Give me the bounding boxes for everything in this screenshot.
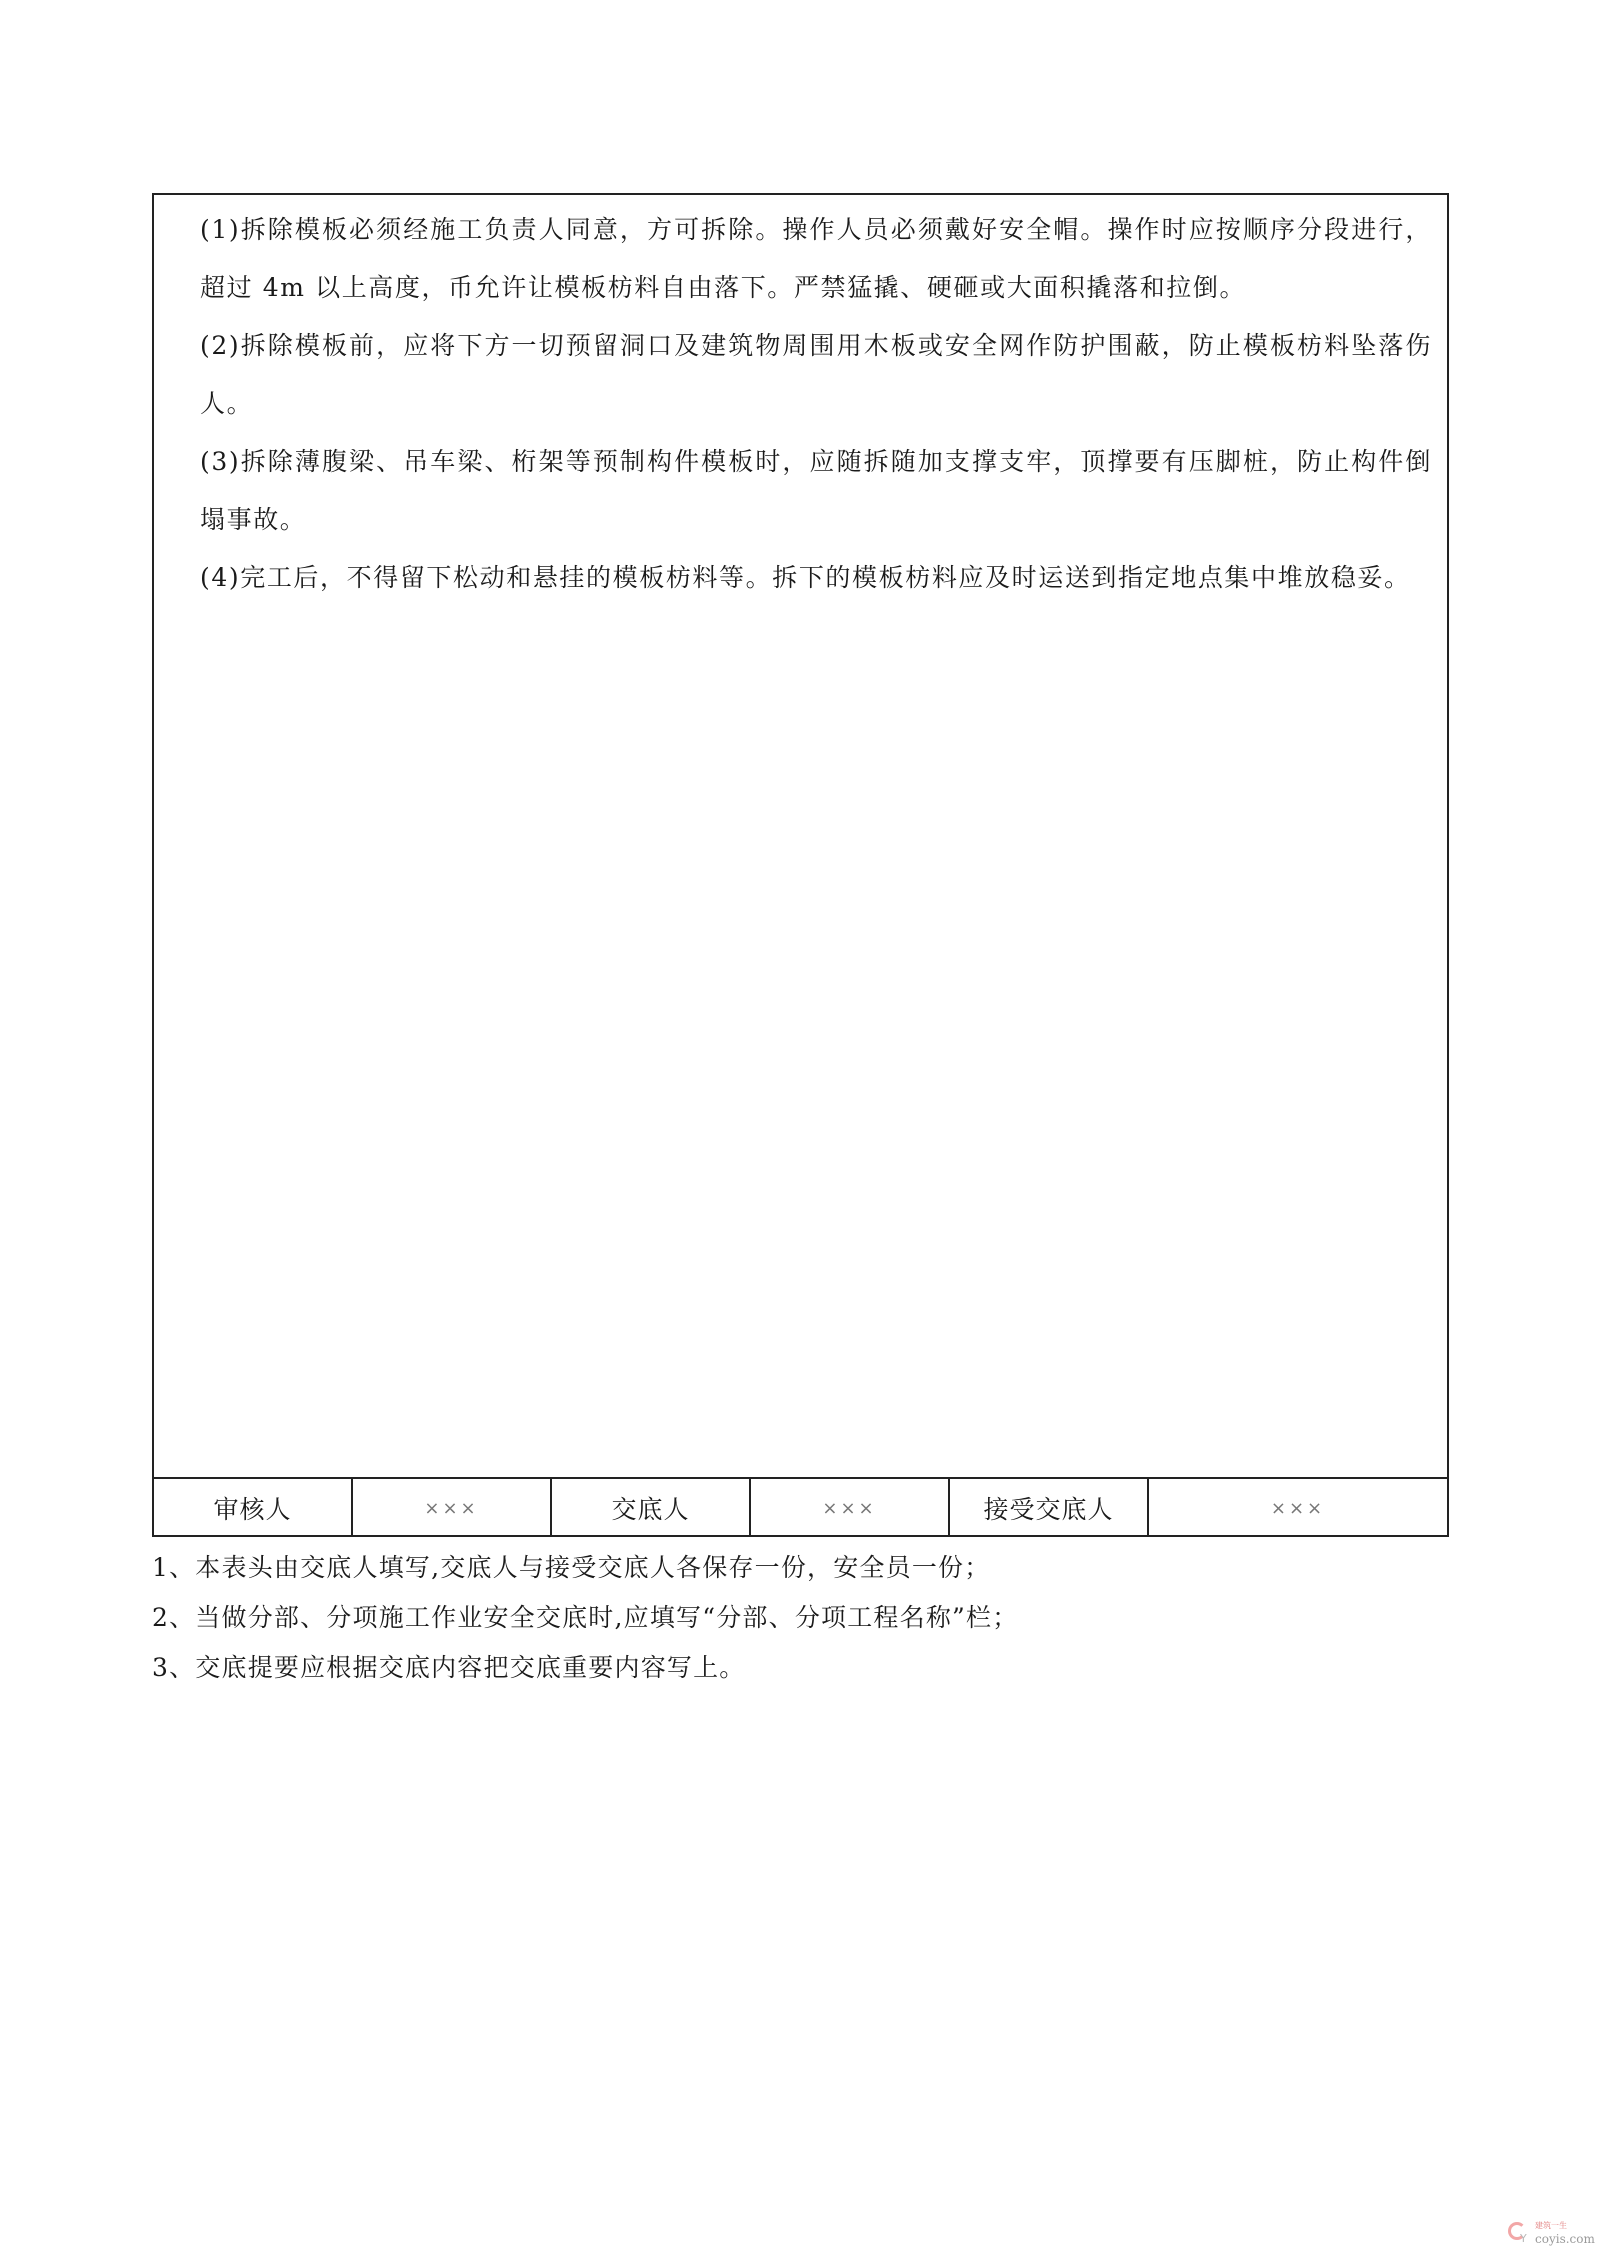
briefer-label: 交底人 [552,1479,751,1537]
reviewer-value: ××× [353,1479,552,1537]
briefing-paragraph-3: (3)拆除薄腹梁、吊车梁、桁架等预制构件模板时，应随拆随加支撑支牢，顶撑要有压脚… [200,433,1432,549]
receiver-value: ××× [1149,1479,1447,1537]
signature-row: 审核人 ××× 交底人 ××× 接受交底人 ××× [154,1477,1447,1537]
safety-briefing-form: (1)拆除模板必须经施工负责人同意，方可拆除。操作人员必须戴好安全帽。操作时应按… [152,193,1449,1537]
receiver-label: 接受交底人 [950,1479,1149,1537]
watermark-url: coyis.com [1535,2232,1595,2246]
note-2: 2、当做分部、分项施工作业安全交底时,应填写“分部、分项工程名称”栏； [152,1593,1452,1643]
note-3: 3、交底提要应根据交底内容把交底重要内容写上。 [152,1643,1452,1693]
briefing-paragraph-1: (1)拆除模板必须经施工负责人同意，方可拆除。操作人员必须戴好安全帽。操作时应按… [200,201,1432,317]
briefing-paragraph-4: (4)完工后，不得留下松动和悬挂的模板枋料等。拆下的模板枋料应及时运送到指定地点… [200,549,1432,607]
briefing-paragraph-2: (2)拆除模板前，应将下方一切预留洞口及建筑物周围用木板或安全网作防护围蔽，防止… [200,317,1432,433]
reviewer-label: 审核人 [154,1479,353,1537]
watermark-logo-letter: Y [1520,2232,1527,2245]
form-notes: 1、本表头由交底人填写,交底人与接受交底人各保存一份，安全员一份； 2、当做分部… [152,1543,1452,1693]
briefing-content-area: (1)拆除模板必须经施工负责人同意，方可拆除。操作人员必须戴好安全帽。操作时应按… [154,195,1447,1477]
note-1: 1、本表头由交底人填写,交底人与接受交底人各保存一份，安全员一份； [152,1543,1452,1593]
watermark: Y 建筑一生 coyis.com [1508,2218,1598,2258]
watermark-chinese-text: 建筑一生 [1535,2220,1567,2231]
briefer-value: ××× [751,1479,950,1537]
